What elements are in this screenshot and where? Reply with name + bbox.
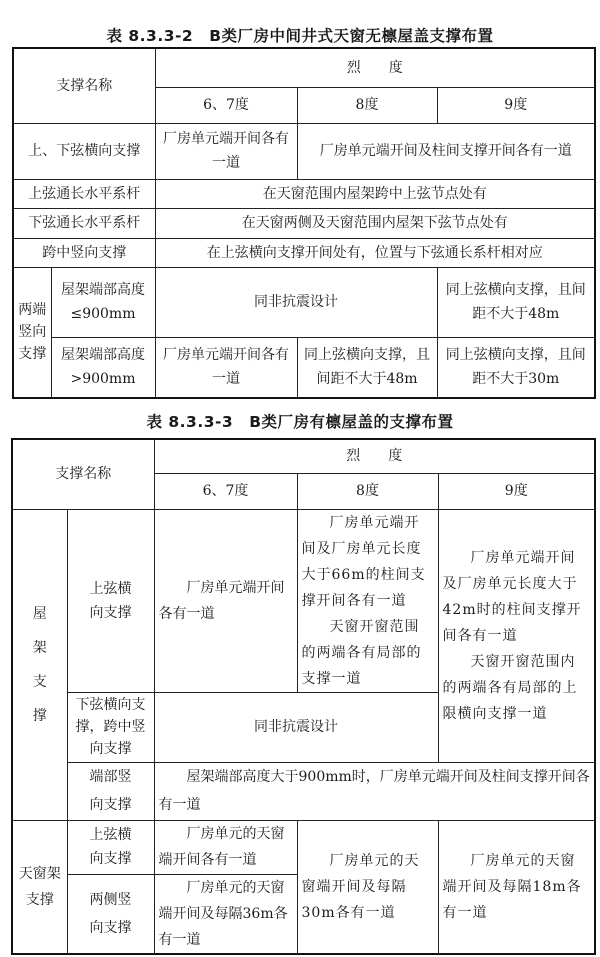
row-name: 下弦横向支撑，跨中竖向支撑: [67, 692, 154, 762]
header-col-8: 8度: [297, 473, 438, 509]
cell-all: 在天窗范围内屋架跨中上弦节点处有: [155, 179, 595, 208]
table-row: 天窗架支撑 上弦横向支撑 厂房单元的天窗端开间各有一道 厂房单元的天窗端开间及每…: [12, 820, 595, 874]
row-name: 端部竖向支撑: [67, 762, 154, 820]
cell-all: 在天窗两侧及天窗范围内屋架下弦节点处有: [155, 208, 595, 238]
table-row: 端部竖向支撑 屋架端部高度大于900mm时，厂房单元端开间及柱间支撑开间各有一道: [12, 762, 595, 820]
group-label-truss: 屋架支撑: [12, 509, 67, 820]
cell-67: 厂房单元端开间各有一道: [155, 123, 297, 179]
cell-text: 天窗开窗范围的两端各有局部的支撑一道: [302, 614, 434, 692]
cell-9: 厂房单元的天窗端开间及每隔18m各有一道: [438, 820, 595, 954]
cell-9: 厂房单元端开间及厂房单元长度大于42m时的柱间支撑开间各有一道 天窗开窗范围内的…: [438, 509, 595, 762]
cell-678: 同非抗震设计: [154, 692, 438, 762]
cell-8: 厂房单元端开间及厂房单元长度大于66m的柱间支撑开间各有一道 天窗开窗范围的两端…: [297, 509, 438, 692]
cell-67: 厂房单元的天窗端开间各有一道: [154, 820, 297, 874]
table2: 支撑名称 烈 度 6、7度 8度 9度 屋架支撑 上弦横向支撑 厂房单元端开间各…: [11, 438, 596, 955]
cell-678: 同非抗震设计: [155, 267, 437, 337]
cell-9: 同上弦横向支撑，且间距不大于48m: [437, 267, 595, 337]
cell-text: 厂房单元端开间及厂房单元长度大于42m时的柱间支撑开间各有一道: [443, 545, 591, 649]
cell-8: 同上弦横向支撑，且间距不大于48m: [297, 337, 437, 398]
cell-67: 厂房单元的天窗端开间及每隔36m各有一道: [154, 874, 297, 954]
header-name: 支撑名称: [13, 48, 155, 123]
header-col-9: 9度: [438, 473, 595, 509]
table-row: 下弦通长水平系杆 在天窗两侧及天窗范围内屋架下弦节点处有: [13, 208, 595, 238]
table-row: 屋架支撑 上弦横向支撑 厂房单元端开间各有一道 厂房单元端开间及厂房单元长度大于…: [12, 509, 595, 692]
header-name: 支撑名称: [12, 439, 154, 509]
table2-caption: 表 8.3.3-3 B类厂房有檩屋盖的支撑布置: [0, 410, 600, 432]
header-col-8: 8度: [297, 87, 437, 123]
table-row: 屋架端部高度>900mm 厂房单元端开间各有一道 同上弦横向支撑，且间距不大于4…: [13, 337, 595, 398]
cell-67: 厂房单元端开间各有一道: [155, 337, 297, 398]
cell-text: 厂房单元的天窗端开间及每隔30m各有一道: [302, 848, 434, 926]
table-row: 上弦通长水平系杆 在天窗范围内屋架跨中上弦节点处有: [13, 179, 595, 208]
table1: 支撑名称 烈 度 6、7度 8度 9度 上、下弦横向支撑 厂房单元端开间各有一道…: [12, 47, 596, 399]
header-col-9: 9度: [437, 87, 595, 123]
cell-8: 厂房单元的天窗端开间及每隔30m各有一道: [297, 820, 438, 954]
row-name: 屋架端部高度>900mm: [51, 337, 155, 398]
cell-89: 厂房单元端开间及柱间支撑开间各有一道: [297, 123, 595, 179]
row-name: 上弦通长水平系杆: [13, 179, 155, 208]
table1-caption: 表 8.3.3-2 B类厂房中间井式天窗无檩屋盖支撑布置: [0, 24, 600, 46]
group-label: 两端竖向支撑: [13, 267, 51, 398]
table-row: 上、下弦横向支撑 厂房单元端开间各有一道 厂房单元端开间及柱间支撑开间各有一道: [13, 123, 595, 179]
cell-all: 屋架端部高度大于900mm时，厂房单元端开间及柱间支撑开间各有一道: [154, 762, 595, 820]
cell-9: 同上弦横向支撑，且间距不大于30m: [437, 337, 595, 398]
cell-67: 厂房单元端开间各有一道: [154, 509, 297, 692]
row-name: 屋架端部高度≤900mm: [51, 267, 155, 337]
header-intensity: 烈 度: [154, 439, 595, 473]
cell-text: 屋架端部高度大于900mm时，厂房单元端开间及柱间支撑开间各有一道: [159, 763, 591, 819]
row-name: 下弦通长水平系杆: [13, 208, 155, 238]
cell-text: 厂房单元端开间各有一道: [159, 575, 293, 627]
row-name: 两侧竖向支撑: [67, 874, 154, 954]
header-col-67: 6、7度: [154, 473, 297, 509]
cell-text: 厂房单元端开间及厂房单元长度大于66m的柱间支撑开间各有一道: [302, 510, 434, 614]
cell-text: 厂房单元的天窗端开间及每隔18m各有一道: [443, 848, 591, 926]
row-name: 跨中竖向支撑: [13, 238, 155, 267]
group-label-skylight: 天窗架支撑: [12, 820, 67, 954]
row-name: 上弦横向支撑: [67, 820, 154, 874]
header-col-67: 6、7度: [155, 87, 297, 123]
row-name: 上弦横向支撑: [67, 509, 154, 692]
header-intensity: 烈 度: [155, 48, 595, 87]
cell-text: 厂房单元的天窗端开间及每隔36m各有一道: [159, 875, 293, 953]
row-name: 上、下弦横向支撑: [13, 123, 155, 179]
table-row: 两端竖向支撑 屋架端部高度≤900mm 同非抗震设计 同上弦横向支撑，且间距不大…: [13, 267, 595, 337]
cell-text: 厂房单元的天窗端开间各有一道: [159, 821, 293, 873]
cell-all: 在上弦横向支撑开间处有，位置与下弦通长系杆相对应: [155, 238, 595, 267]
table-row: 跨中竖向支撑 在上弦横向支撑开间处有，位置与下弦通长系杆相对应: [13, 238, 595, 267]
cell-text: 天窗开窗范围内的两端各有局部的上限横向支撑一道: [443, 649, 591, 727]
